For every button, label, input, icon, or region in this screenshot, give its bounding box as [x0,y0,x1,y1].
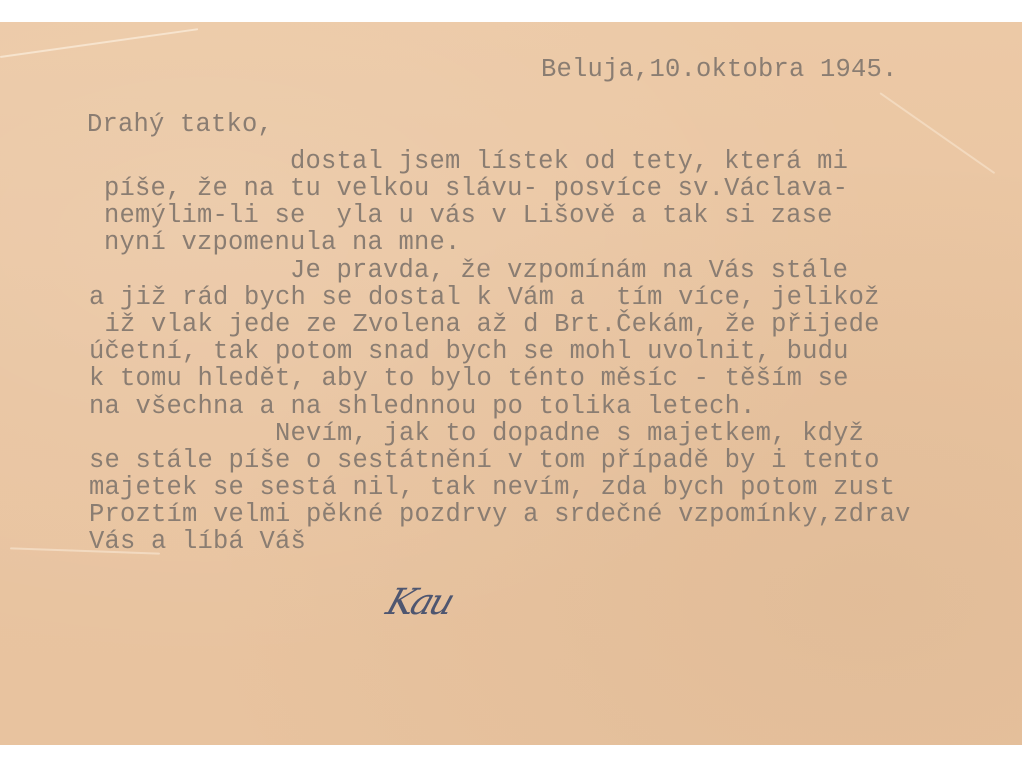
body-line: Je pravda, že vzpomínám na Vás stále [104,258,848,284]
body-line: Vás a líbá Váš [89,529,306,555]
body-line: Proztím velmi pěkné pozdrvy a srdečné vz… [89,502,911,528]
paper-crease [0,28,198,58]
handwritten-signature: Kau [381,582,457,623]
paper-crease [879,92,995,174]
body-line: majetek se sestá nil, tak nevím, zda byc… [89,475,895,501]
body-line: se stále píše o sestátnění v tom případě… [89,448,880,474]
salutation: Drahý tatko, [87,112,273,138]
body-line: dostal jsem lístek od tety, která mi [104,149,848,175]
body-line: na všechna a na shlednnou po tolika lete… [89,394,756,420]
body-line: Nevím, jak to dopadne s majetkem, když [89,421,864,447]
body-line: píše, že na tu velkou slávu- posvíce sv.… [104,176,848,202]
body-line: k tomu hledět, aby to bylo ténto měsíc -… [89,366,849,392]
body-line: a již rád bych se dostal k Vám a tím víc… [89,285,880,311]
body-line: nyní vzpomenula na mne. [104,230,461,256]
body-line: účetní, tak potom snad bych se mohl uvol… [89,339,849,365]
body-line: nemýlim-li se yla u vás v Lišově a tak s… [104,203,833,229]
place-date: Beluja,10.oktobra 1945. [541,57,898,83]
body-line: iž vlak jede ze Zvolena až d Brt.Čekám, … [89,312,880,338]
